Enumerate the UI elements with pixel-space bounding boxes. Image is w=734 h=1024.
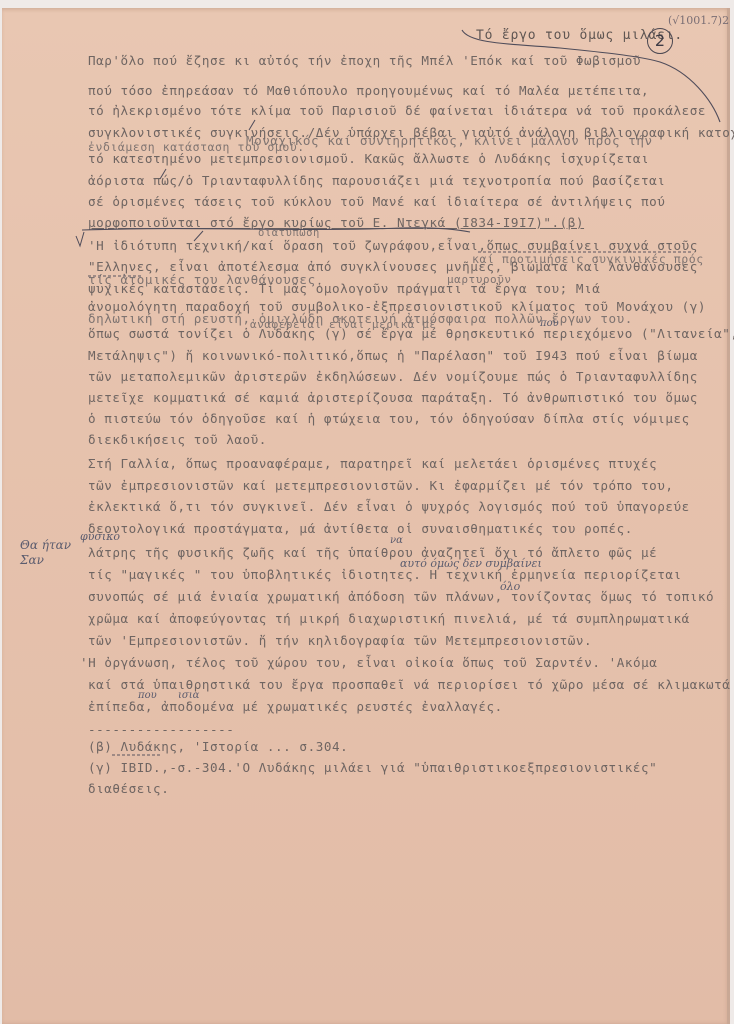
text-line: τῶν 'Εμπρεσιονιστῶν. ἤ τήν κηλιδογραφία … xyxy=(88,634,592,648)
text-line: πού τόσο ἐπηρεάσαν τό Μαθιόπουλο προηγου… xyxy=(88,84,649,98)
text-line: 'Η ἰδιότυπη τεχνική/καί ὅραση τοῦ ζωγράφ… xyxy=(88,239,698,253)
text-line: δεοντολογικά προστάγματα, μά ἀντίθετα οἱ… xyxy=(88,522,633,536)
scan-background: (√1001.7)2 Τό ἔργο του ὅμως μιλάει. 2 Πα… xyxy=(0,0,734,1024)
text-line: μορφοποιοῦνται στό ἔργο κυρίως τοῦ Ε. Ντ… xyxy=(88,216,584,230)
text-line: Στή Γαλλία, ὅπως προαναφέραμε, παρατηρεῖ… xyxy=(88,457,657,471)
text-line: τίς "μαγικές " του ὑποβλητικές ἰδιοτητες… xyxy=(88,568,682,582)
handwritten-note: αυτό όμως δεν συμβαίνει xyxy=(400,557,542,570)
handwritten-margin-note: Θα ήταν Σαν xyxy=(20,538,80,568)
text-line: Μετάληψις") ἤ κοινωνικό-πολιτικό,ὅπως ἡ … xyxy=(88,349,698,363)
handwritten-note: φυσικο xyxy=(80,530,120,543)
handwritten-note: να xyxy=(390,535,403,546)
text-line: ὁ πιστεύω τόν ὁδηγοῦσε καί ἡ φτώχεια του… xyxy=(88,412,690,426)
text-line: τῶν ἐμπρεσιονιστῶν καί μετεμπρεσιονιστῶν… xyxy=(88,479,674,493)
text-line: μετεῖχε κομματικά σέ καμιά ἀριστερίζουσα… xyxy=(88,391,698,405)
text-line: τῶν μεταπολεμικῶν ἀριστερῶν ἐκδηλώσεων. … xyxy=(88,370,698,384)
text-line: διεκδικήσεις τοῦ λαοῦ. xyxy=(88,433,267,447)
text-line-overtyped: Μοναχικός καί συντηρητικός, κλίνει μάλλο… xyxy=(246,134,653,148)
interlinear-insert: διατύπωση xyxy=(258,226,320,240)
handwritten-note: ισια xyxy=(178,690,199,701)
text-line: ἀόριστα πώς/ὁ Τριανταφυλλίδης παρουσιάζε… xyxy=(88,174,665,188)
text-line: ἐπίπεδα, ἀποδομένα μέ χρωματικές ρευστές… xyxy=(88,700,503,714)
page-number: 2 xyxy=(647,28,673,54)
handwritten-note: όλο xyxy=(500,580,520,593)
footnote-separator: ------------------ xyxy=(88,722,234,737)
text-line: ψυχικές καταστάσεις. Τί μᾶς ὁμολογοῦν πρ… xyxy=(88,282,600,296)
text-line: Παρ'ὅλο πού ἔζησε κι αὐτός τήν ἐποχη τῆς… xyxy=(88,54,641,68)
footnote: διαθέσεις. xyxy=(88,782,169,796)
page-edge xyxy=(727,8,730,1024)
interlinear-insert: μαρτυροῦν xyxy=(447,273,512,287)
text-line: 'Η ὀργάνωση, τέλος τοῦ χώρου του, εἶναι … xyxy=(80,656,657,670)
text-line: σέ ὁρισμένες τάσεις τοῦ κύκλου τοῦ Μανέ … xyxy=(88,195,665,209)
text-line: χρῶμα καί ἀποφεύγοντας τή μικρή διαχωρισ… xyxy=(88,612,690,626)
handwritten-note: που xyxy=(138,690,157,701)
text-line: ὅπως σωστά τονίζει ὁ Λυδάκης (γ) σέ ἔργα… xyxy=(88,327,734,341)
text-line: ἐκλεκτικά ὅ,τι τόν συγκινεῖ. Δέν εἶναι ὁ… xyxy=(88,500,690,514)
footnote: (β) Λυδάκης, 'Ιστορία ... σ.304. xyxy=(88,740,348,754)
archive-code: (√1001.7)2 xyxy=(668,14,729,27)
text-line: τό ἠλεκρισμένο τότε κλίμα τοῦ Παρισιοῦ δ… xyxy=(88,104,706,118)
text-line: συνοπώς σέ μιά ἑνιαία χρωματική ἀπόδοση … xyxy=(88,590,714,604)
text-line: τό κατεστημένο μετεμπρεσιονισμοῦ. Κακῶς … xyxy=(88,152,649,166)
text-line: λάτρης τῆς φυσικῆς ζωῆς καί τῆς ὑπαίθρου… xyxy=(88,546,657,560)
footnote: (γ) IBID.,-σ.-304.'Ο Λυδάκης μιλάει γιά … xyxy=(88,761,657,775)
